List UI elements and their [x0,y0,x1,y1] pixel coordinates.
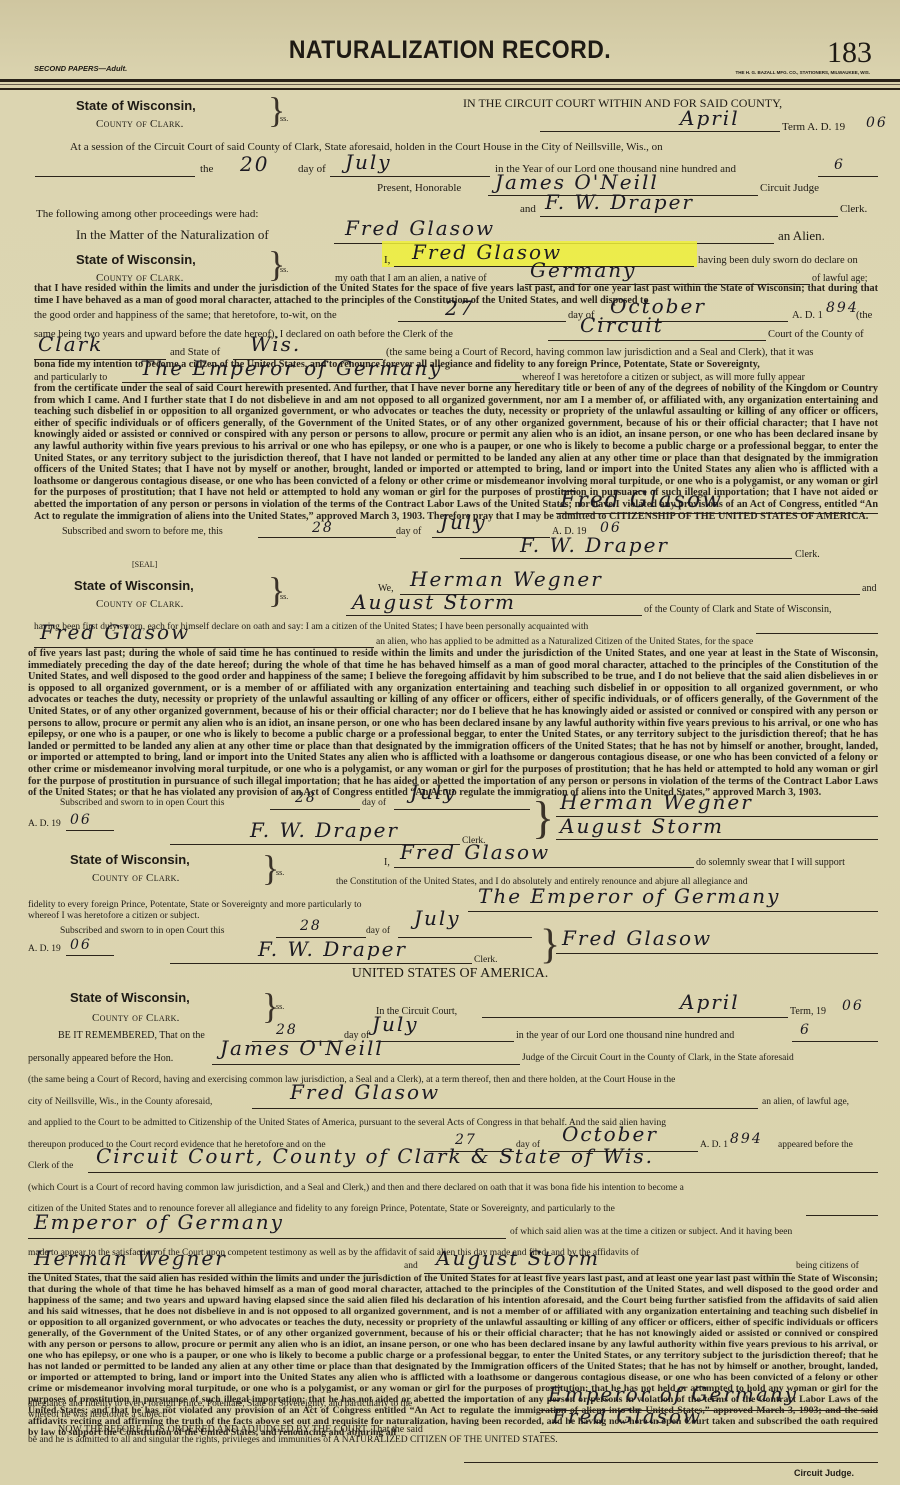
and-label: and [520,203,536,216]
oath-name-blank [394,866,694,868]
court-blank [548,339,766,341]
ordered-hw: Fred Glasow [552,1404,702,1428]
sub-day-hw: 28 [312,520,334,536]
day-hw: 20 [240,152,269,176]
matter-label: In the Matter of the Naturalization of [76,228,269,241]
witness-alien-hw: Fred Glasow [40,620,190,644]
order-and-label: and [404,1260,418,1273]
brace: } [540,924,560,966]
ordered-blank [540,1431,878,1433]
order-witness2-hw: August Storm [436,1246,600,1270]
matter-alien-hw: Fred Glasow [345,216,495,240]
seal-label: [SEAL] [132,558,157,571]
county-label: County of Clark. [96,118,184,130]
brace: } [268,572,285,608]
sub-year-hw: 06 [70,812,92,828]
header-rule-thin [0,84,900,85]
witness2-signature-hw: August Storm [560,814,724,838]
sub-day-of: day of [396,525,421,538]
order-year-blank [792,1040,878,1042]
decl-day-blank [398,320,566,322]
term-handwritten: April [680,106,740,130]
circuit-judge-label: Circuit Judge [760,182,819,195]
appeared-before: appeared before the [778,1139,853,1152]
oath-sovereign-blank [468,910,878,912]
order-heading: UNITED STATES OF AMERICA. [0,967,900,980]
sub-day-hw: 28 [295,790,317,806]
witness-body: of five years last past; during the whol… [28,648,878,799]
witness1-signature-hw: Herman Wegner [560,790,753,814]
sub-day-blank [270,808,360,810]
clerk-court-blank [88,1171,878,1173]
sub-day-of: day of [362,797,386,810]
and-label: and [862,582,876,595]
order-term-year-hw: 06 [842,998,864,1014]
order-alien-hw: Fred Glasow [290,1080,440,1104]
city-text: city of Neillsville, Wis., in the County… [28,1096,212,1109]
circuit-judge-label: Circuit Judge. [794,1468,854,1478]
allegiance-hw: Emperor of Germany [548,1382,798,1406]
clerk-label: Clerk. [840,203,867,216]
header-rule [0,79,900,82]
order-term-label: Term, 19 [790,1005,826,1018]
sub-clerk-hw: F. W. Draper [258,937,407,961]
order-decl-month-hw: October [562,1122,658,1146]
state-label: State of Wisconsin, [76,252,196,267]
ss-label: ss. [276,1002,284,1011]
state-label: State of Wisconsin, [70,852,190,867]
whereof-text: whereof I was heretofore a citizen or su… [28,910,199,923]
sovereign-hw: The Emperor of Germany [140,356,442,380]
acquainted-blank [756,632,878,634]
state-label: State of Wisconsin, [74,578,194,593]
clerk-blank [540,215,838,217]
circuit-judge-signature-line [464,1461,878,1463]
sub-clerk-line [460,557,792,559]
order-judge-blank [212,1063,520,1065]
order-witness1-hw: Herman Wegner [34,1246,227,1270]
court-record-text: (the same being a Court of Record, havin… [386,346,813,359]
heretofore-text: the good order and happiness of the same… [34,309,337,322]
term-year-hw: 06 [866,115,888,131]
witness2-sig-line [556,838,878,840]
sub-month-blank [394,808,530,810]
sub-ad: A. D. 19 [28,818,61,831]
day-of-label: day of [298,163,326,176]
subscribed-text: Subscribed and sworn to in open Court th… [60,797,224,810]
oath-sovereign-hw: The Emperor of Germany [478,884,780,908]
of-county-text: of the County of Clark and State of Wisc… [644,603,831,616]
sub-year-hw: 06 [70,937,92,953]
which-court-text: (which Court is a Court of record having… [28,1182,684,1195]
present-label: Present, Honorable [377,182,461,195]
header-rule-lower [0,88,900,90]
decl-ad: A. D. 1 [792,309,823,322]
sub-ad: A. D. 19 [28,943,61,956]
native-hw: Germany [530,258,636,282]
order-whereof-text: whereof he was heretofore a subject. [28,1409,167,1422]
the-paren: (the [856,309,872,322]
clerk-hw: F. W. Draper [545,190,694,214]
order-year-text: in the year of our Lord one thousand nin… [516,1029,734,1042]
order-decl-ad: A. D. 1 [700,1139,728,1152]
court-hw: Circuit [580,313,664,337]
order-month-blank [376,1040,514,1042]
sub-month-hw: July [414,906,461,930]
naturalization-record-page: NATURALIZATION RECORD. 183 SECOND PAPERS… [0,0,900,1485]
month-blank [330,175,490,177]
oath-signature-hw: Fred Glasow [562,926,712,950]
brace: } [268,246,285,282]
order-sovereign-hw: Emperor of Germany [34,1210,284,1234]
sub-day-hw: 28 [300,918,322,934]
sub-clerk-hw: F. W. Draper [250,818,399,842]
state-label: State of Wisconsin, [70,990,190,1005]
ss-label: ss. [280,114,288,123]
county-label: County of Clark. [92,872,180,884]
remembered-text: BE IT REMEMBERED, That on the [58,1029,205,1042]
decl-year-hw: 894 [826,300,859,316]
term-label: Term A. D. 19 [782,121,845,134]
year-blank [818,175,878,177]
sub-clerk-line [170,962,472,964]
i-label: I, [384,856,390,869]
an-alien-label: an Alien. [778,229,825,242]
county-hw: Clark [38,332,103,356]
sub-month-hw: July [440,510,487,534]
county-label: County of Clark. [92,1012,180,1024]
witness1-hw: Herman Wegner [410,567,603,591]
session-text: At a session of the Circuit Court of sai… [70,141,878,154]
declaration-body: from the certificate under the seal of s… [34,383,878,522]
page-number: 183 [827,36,872,70]
declarant-signature-hw: Fred Glasow [560,488,723,513]
printer-imprint: THE H. G. BAZALL MFG. CO., STATIONERS, M… [736,70,871,75]
county-label: County of Clark. [96,598,184,610]
subscribed-text: Subscribed and sworn to before me, this [62,525,223,538]
clerk-court-hw: Circuit Court, County of Clark & State o… [96,1144,654,1168]
order-month-hw: July [372,1012,419,1036]
order-judge-hw: James O'Neill [220,1036,384,1060]
sub-clerk-hw: F. W. Draper [520,533,669,557]
ss-label: ss. [276,868,284,877]
year-hw: 6 [834,157,845,173]
proceedings-text: The following among other proceedings we… [36,208,258,221]
admitted-text: be and he is admitted to all and singula… [28,1434,558,1447]
state-hw: Wis. [250,332,301,356]
the-label: the [200,163,213,176]
sub-month-blank [398,936,532,938]
order-judge-text: Judge of the Circuit Court in the County… [522,1052,794,1065]
oath-name-hw: Fred Glasow [400,840,550,864]
sub-month-hw: July [410,780,457,804]
order-term-hw: April [680,990,740,1014]
court-of-county: Court of the County of [768,328,864,341]
sub-day-blank [258,536,396,538]
term-blank [540,130,780,132]
form-type: SECOND PAPERS—Adult. [34,64,127,73]
being-citizens: being citizens of [796,1260,859,1273]
sub-year-blank [66,954,114,956]
order-term-blank [482,1016,788,1018]
order-year-hw: 6 [800,1022,811,1038]
clerk-of-the: Clerk of the [28,1160,73,1173]
sworn-text: having been duly sworn do declare on [698,254,858,267]
order-lawful-age: an alien, of lawful age, [762,1096,849,1109]
witness2-hw: August Storm [352,590,516,614]
state-label: State of Wisconsin, [76,98,196,113]
month-hw: July [345,150,392,174]
oath-signature-line [556,952,878,954]
ss-label: ss. [280,592,288,601]
witness2-blank [346,614,642,616]
clerk-label: Clerk. [795,548,820,561]
sub-year-blank [66,829,114,831]
order-sovereign-tail [806,1214,878,1216]
swear-text: do solemnly swear that I will support [696,856,845,869]
brace: } [532,795,554,841]
order-sovereign-blank [28,1237,506,1239]
appeared-text: personally appeared before the Hon. [28,1052,173,1065]
page-title: NATURALIZATION RECORD. [36,36,864,65]
decl-day-hw: 27 [445,296,474,320]
order-subject-text: of which said alien was at the time a ci… [510,1226,792,1239]
i-label: I, [384,254,390,267]
ss-label: ss. [280,265,288,274]
session-blank [35,175,195,177]
order-decl-year-hw: 894 [730,1131,763,1147]
order-alien-blank [252,1107,758,1109]
